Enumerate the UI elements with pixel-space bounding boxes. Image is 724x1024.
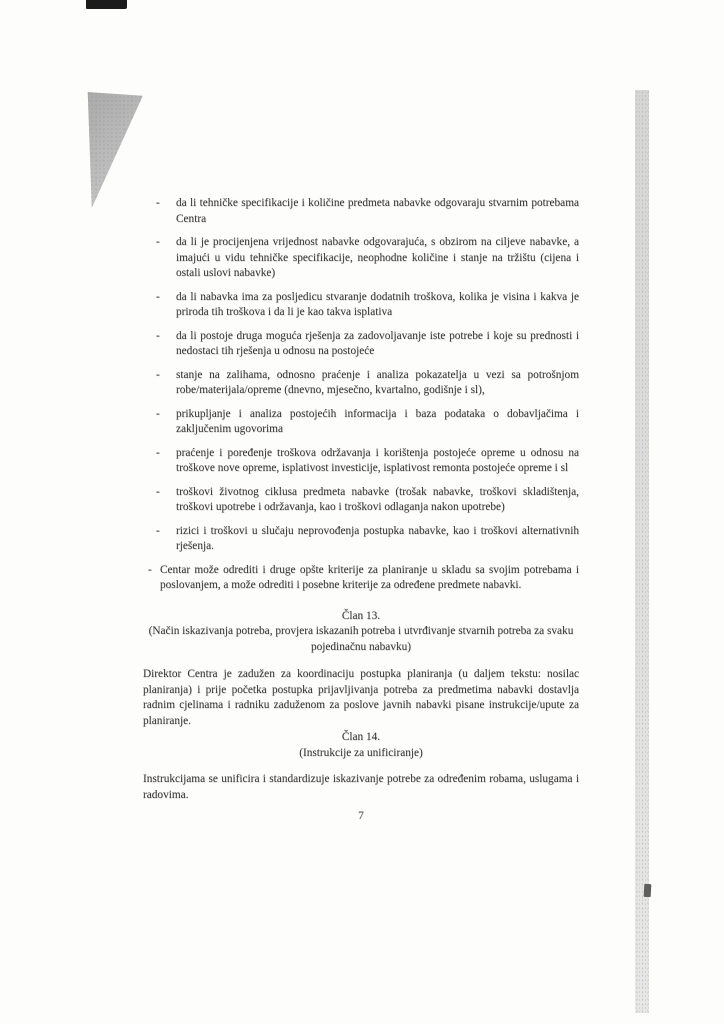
bullet-text: troškovi životnog ciklusa predmeta nabav… xyxy=(176,485,579,516)
bullet-dash: - xyxy=(143,235,176,282)
bullet-text: da li nabavka ima za posljedicu stvaranj… xyxy=(176,290,579,321)
bullet-dash: - xyxy=(143,446,176,477)
bullet-dash: - xyxy=(143,485,176,516)
bullet-dash: - xyxy=(143,368,176,399)
bullet-text: Centar može odrediti i druge opšte krite… xyxy=(160,563,579,594)
document-body: - da li tehničke specifikacije i količin… xyxy=(143,196,579,803)
bullet-text: stanje na zalihama, odnosno praćenje i a… xyxy=(176,368,579,399)
article-14-paragraph: Instrukcijama se unificira i standardizu… xyxy=(143,772,579,803)
bullet-item: - Centar može odrediti i druge opšte kri… xyxy=(143,563,579,594)
bullet-text: da li postoje druga moguća rješenja za z… xyxy=(176,329,579,360)
bullet-item: - prikupljanje i analiza postojećih info… xyxy=(143,407,579,438)
bullet-item: - da li je procijenjena vrijednost nabav… xyxy=(143,235,579,282)
bullet-text: prikupljanje i analiza postojećih inform… xyxy=(176,407,579,438)
scan-artifact-right-speck xyxy=(644,884,652,897)
bullet-item: - rizici i troškovi u slučaju neprovođen… xyxy=(143,524,579,555)
bullet-dash: - xyxy=(143,563,160,594)
bullet-dash: - xyxy=(143,196,176,227)
scan-artifact-top-bar xyxy=(86,0,127,9)
bullet-text: rizici i troškovi u slučaju neprovođenja… xyxy=(176,524,579,555)
bullet-item: - da li nabavka ima za posljedicu stvara… xyxy=(143,290,579,321)
bullet-item: - stanje na zalihama, odnosno praćenje i… xyxy=(143,368,579,399)
bullet-dash: - xyxy=(143,407,176,438)
article-14-subtitle: (Instrukcije za unificiranje) xyxy=(143,746,579,762)
article-13-paragraph: Direktor Centra je zadužen za koordinaci… xyxy=(143,667,579,729)
bullet-dash: - xyxy=(143,524,176,555)
bullet-dash: - xyxy=(143,290,176,321)
scan-artifact-corner-wedge xyxy=(86,91,144,209)
bullet-text: da li je procijenjena vrijednost nabavke… xyxy=(176,235,579,282)
article-13-heading: Član 13. xyxy=(143,609,579,625)
bullet-item: - troškovi životnog ciklusa predmeta nab… xyxy=(143,485,579,516)
article-13-subtitle: (Način iskazivanja potreba, provjera isk… xyxy=(143,624,579,655)
bullet-item: - da li postoje druga moguća rješenja za… xyxy=(143,329,579,360)
bullet-dash: - xyxy=(143,329,176,360)
scan-artifact-right-edge-band xyxy=(635,90,649,1013)
bullet-text: praćenje i poređenje troškova održavanja… xyxy=(176,446,579,477)
scanned-document-page: - da li tehničke specifikacije i količin… xyxy=(0,0,724,1024)
bullet-item: - da li tehničke specifikacije i količin… xyxy=(143,196,579,227)
article-14-heading: Član 14. xyxy=(143,730,579,746)
bullet-item: - praćenje i poređenje troškova održavan… xyxy=(143,446,579,477)
page-number: 7 xyxy=(143,809,579,825)
bullet-text: da li tehničke specifikacije i količine … xyxy=(176,196,579,227)
